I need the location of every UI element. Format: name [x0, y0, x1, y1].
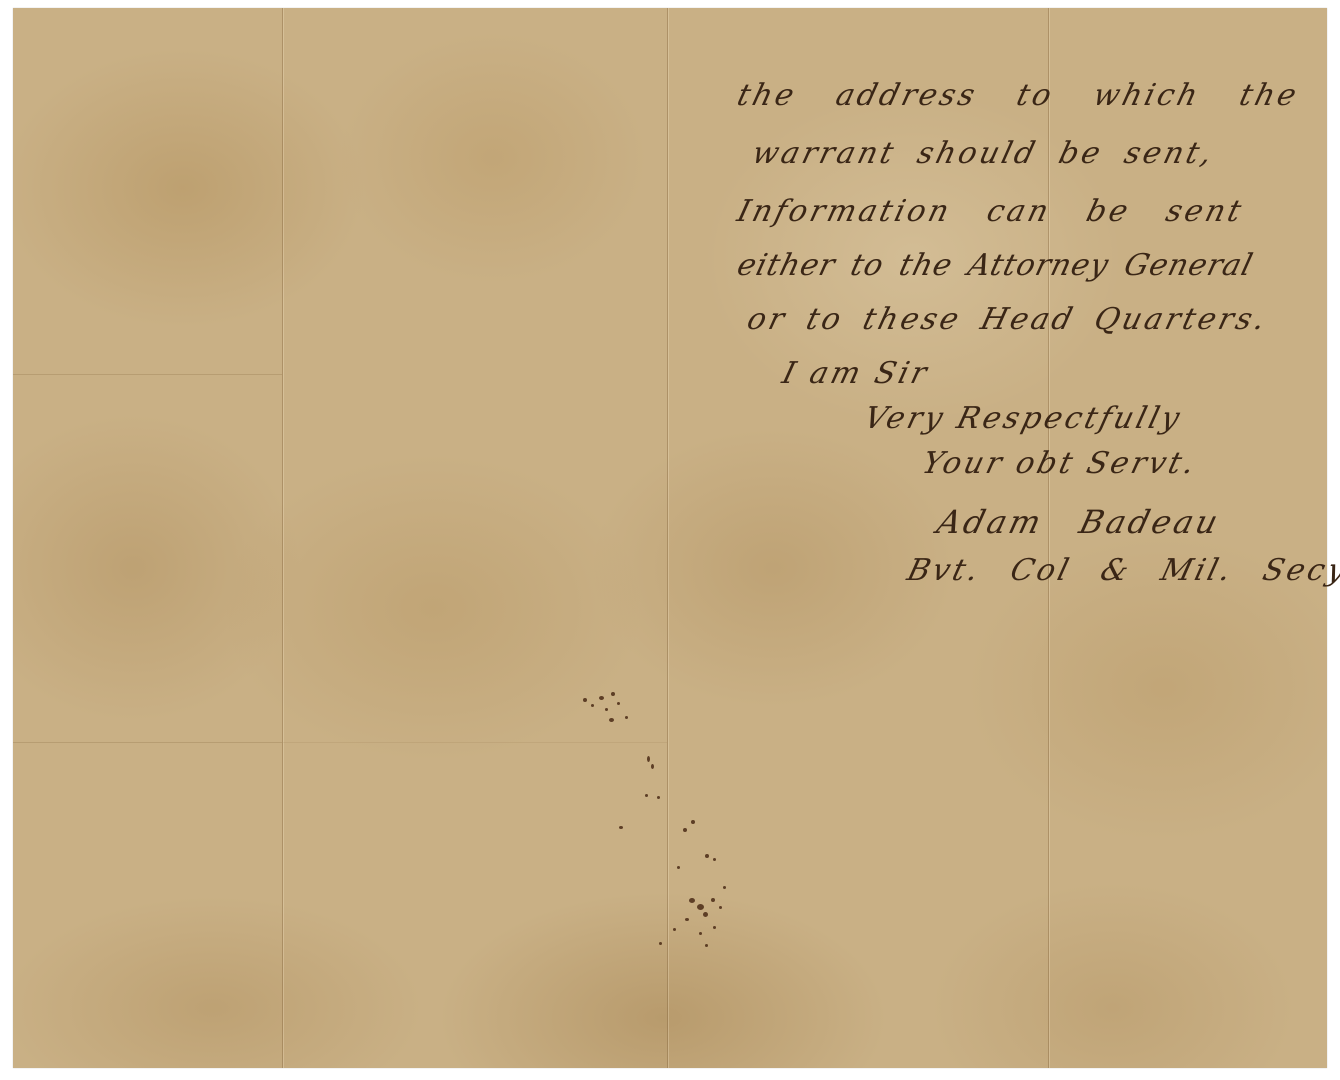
letter-salutation: I am Sir: [779, 356, 933, 391]
letter-body-line: the address to which the: [734, 78, 1303, 113]
letter-body-line: Information can be sent: [734, 194, 1248, 229]
letter-body-line: or to these Head Quarters.: [744, 302, 1272, 337]
letter-body-line: either to the Attorney General: [734, 248, 1257, 283]
handwritten-letter: the address to which the warrant should …: [13, 8, 1327, 1068]
letter-body-line: warrant should be sent,: [749, 136, 1219, 171]
signature-name: Adam Badeau: [933, 503, 1224, 541]
letter-servant-line: Your obt Servt.: [919, 446, 1201, 481]
signature-title: Bvt. Col & Mil. Secy: [904, 553, 1340, 588]
letter-valediction: Very Respectfully: [861, 401, 1186, 436]
letter-paper: the address to which the warrant should …: [13, 8, 1327, 1068]
